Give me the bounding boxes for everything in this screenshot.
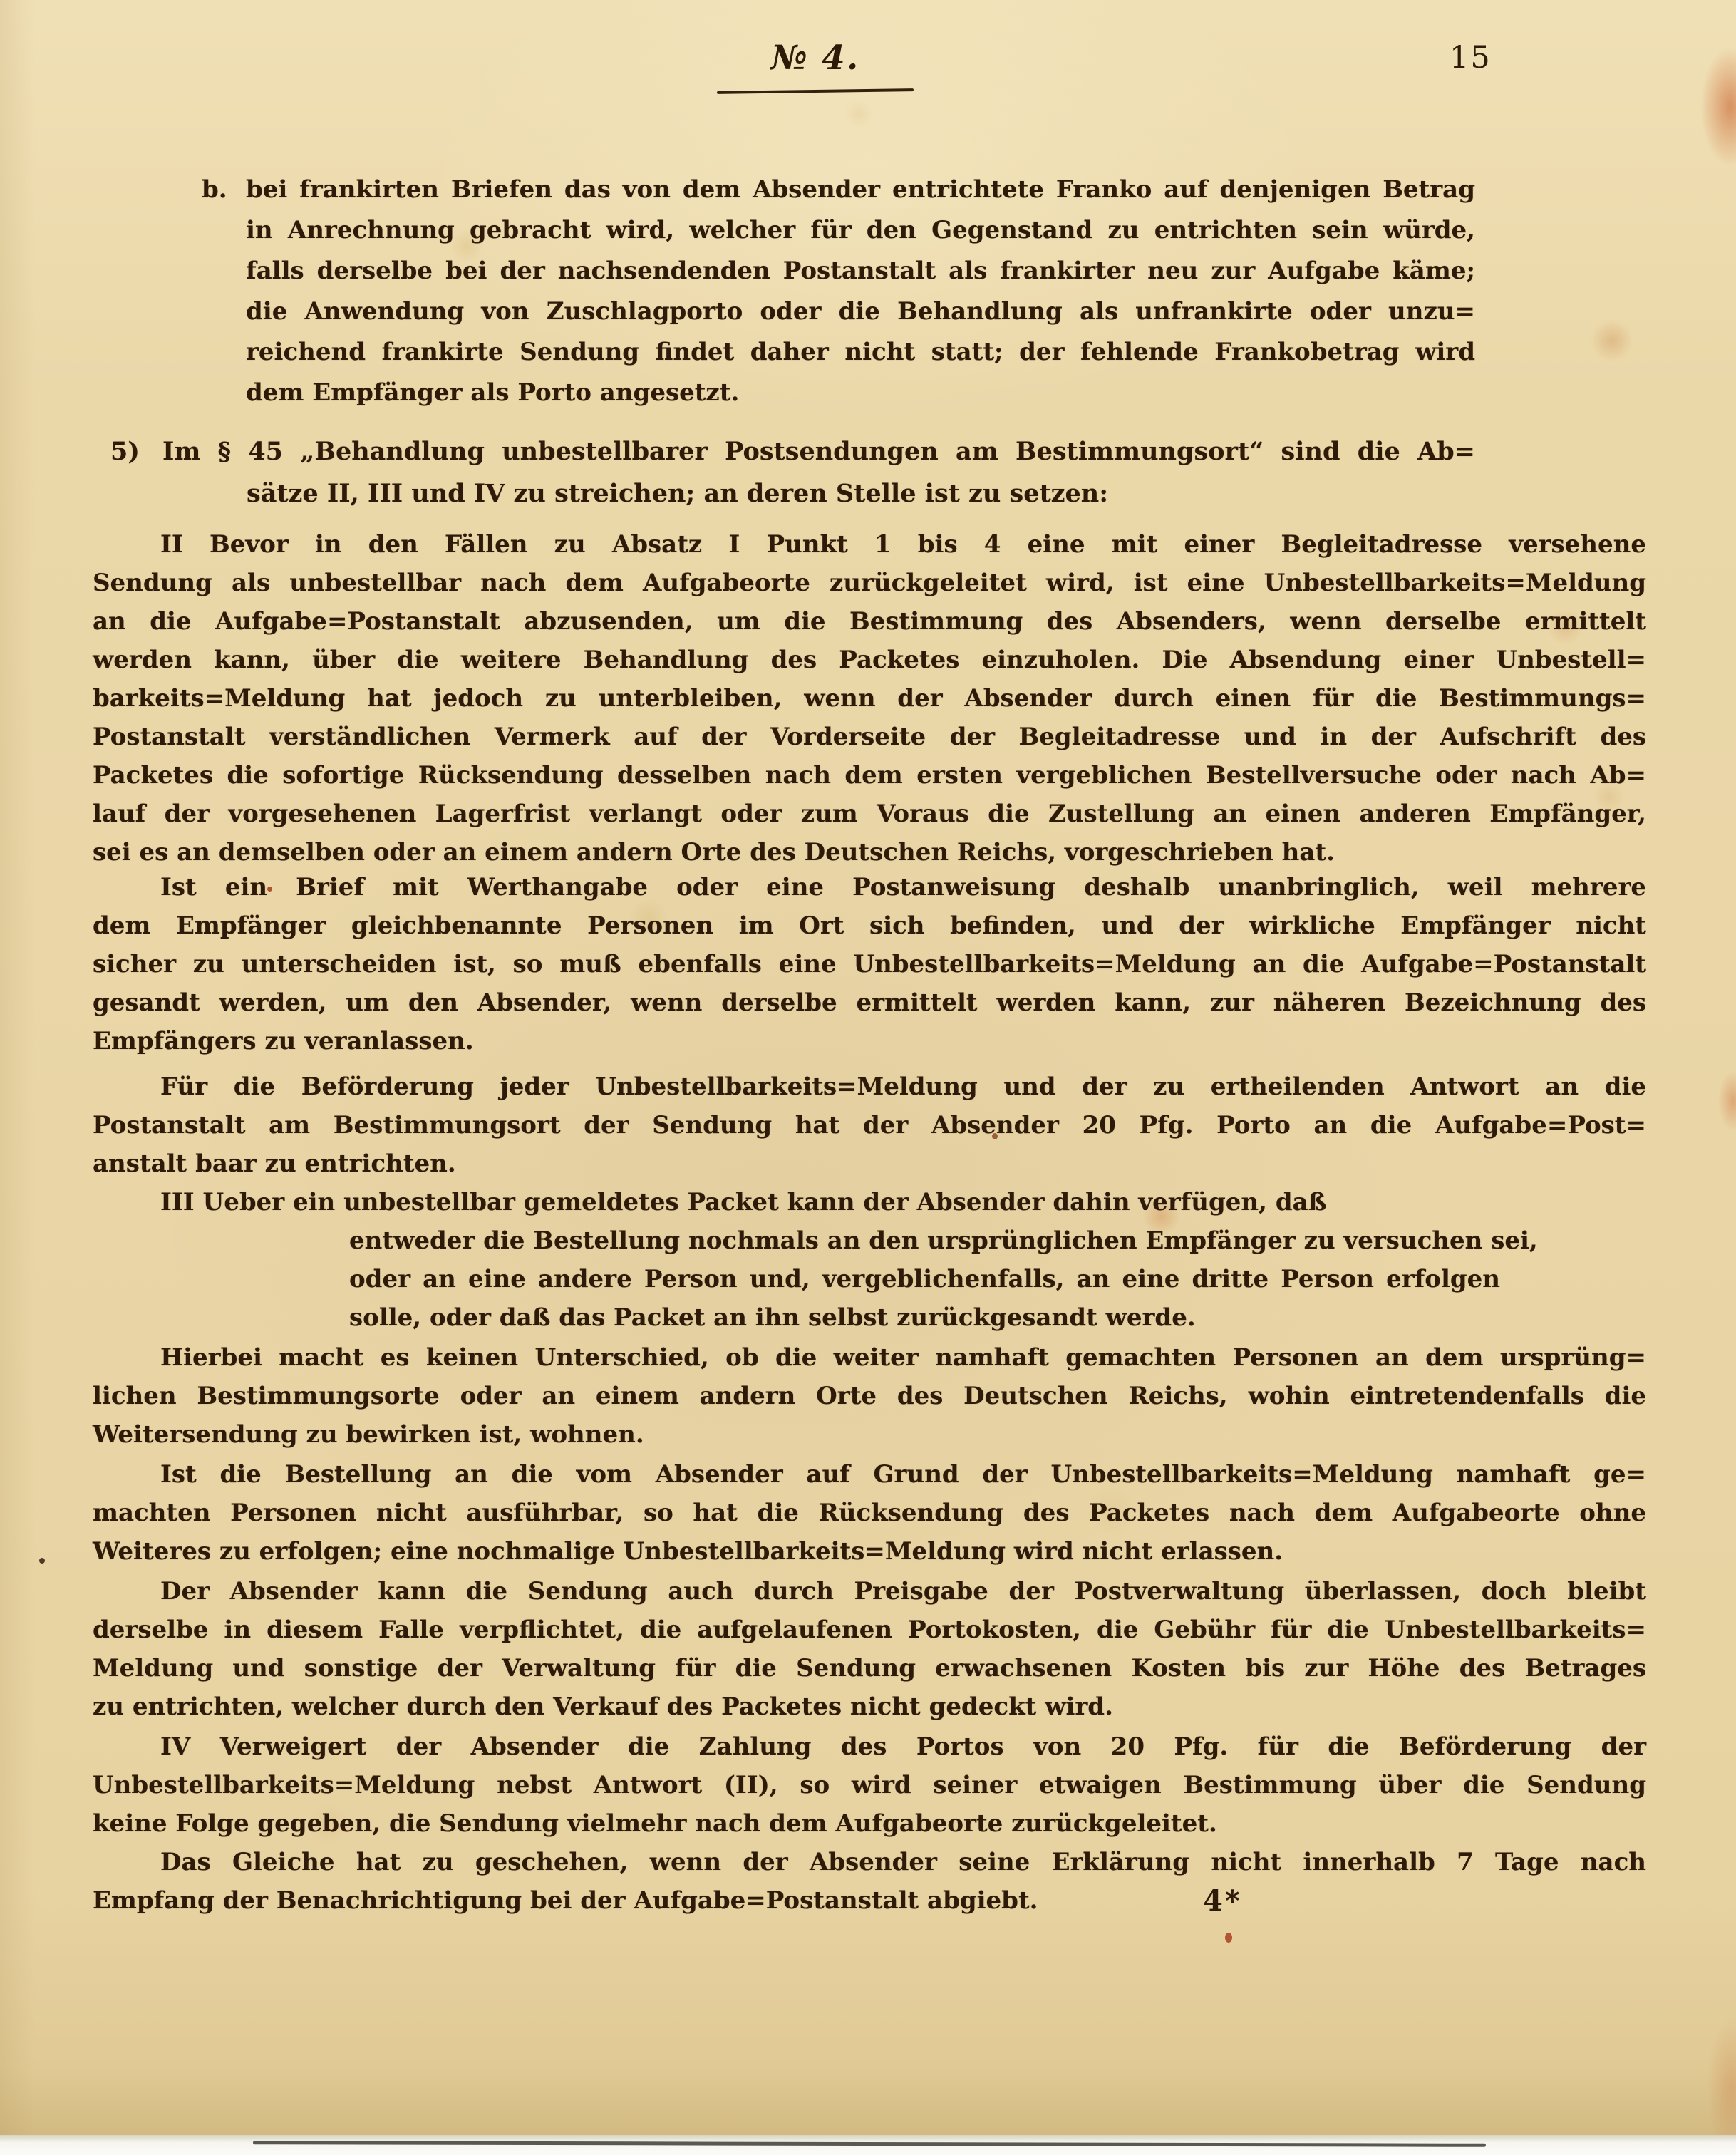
paragraph-hierbei: Hierbei macht es keinen Unterschied, ob … <box>93 1338 1646 1454</box>
list-item-b: b.bei frankirten Briefen das von dem Abs… <box>202 170 1475 413</box>
paragraph-iv-verweigerung: IV Verweigert der Absender die Zahlung d… <box>93 1727 1646 1843</box>
text-line: III Ueber ein unbestellbar gemeldetes Pa… <box>93 1183 1646 1221</box>
text-line: Weiteres zu erfolgen; eine nochmalige Un… <box>93 1532 1646 1571</box>
text-line: Der Absender kann die Sendung auch durch… <box>93 1572 1646 1611</box>
text-line: Meldung und sonstige der Verwaltung für … <box>93 1649 1646 1688</box>
text-line: Für die Beförderung jeder Unbestellbarke… <box>93 1068 1646 1106</box>
text-line: Im § 45 „Behandlung unbestellbarer Posts… <box>162 430 1475 472</box>
paragraph-befoerderung-porto: Für die Beförderung jeder Unbestellbarke… <box>93 1068 1646 1183</box>
text-line: Ist die Bestellung an die vom Absender a… <box>93 1455 1646 1494</box>
text-line: an die Aufgabe=Postanstalt abzusenden, u… <box>93 602 1646 641</box>
text-line: in Anrechnung gebracht wird, welcher für… <box>246 210 1475 251</box>
text-line: bei frankirten Briefen das von dem Absen… <box>246 170 1475 210</box>
text-line: sätze II, III und IV zu streichen; an de… <box>162 472 1475 515</box>
text-line: Ist ein Brief mit Werthangabe oder eine … <box>93 868 1646 906</box>
list-item-5: 5)Im § 45 „Behandlung unbestellbarer Pos… <box>110 430 1475 515</box>
red-fleck <box>1225 1933 1232 1943</box>
paragraph-preisgabe: Der Absender kann die Sendung auch durch… <box>93 1572 1646 1726</box>
page-number: 15 <box>1450 40 1492 76</box>
text-line: keine Folge gegeben, die Sendung vielmeh… <box>93 1804 1646 1843</box>
red-fleck-small <box>267 887 272 892</box>
ink-fleck <box>992 1133 998 1139</box>
text-line: Empfang der Benachrichtigung bei der Auf… <box>93 1881 1646 1920</box>
paragraph-das-gleiche: Das Gleiche hat zu geschehen, wenn der A… <box>93 1843 1646 1920</box>
text-line: IV Verweigert der Absender die Zahlung d… <box>93 1727 1646 1766</box>
text-line: entweder die Bestellung nochmals an den … <box>349 1221 1500 1260</box>
text-line: Hierbei macht es keinen Unterschied, ob … <box>93 1338 1646 1377</box>
document-page: № 4. 15 b.bei frankirten Briefen das von… <box>0 0 1736 2155</box>
text-line: reichend frankirte Sendung findet daher … <box>246 332 1475 373</box>
text-line: Weitersendung zu bewirken ist, wohnen. <box>93 1415 1646 1454</box>
heading-underline <box>717 88 914 94</box>
text-line: machten Personen nicht ausführbar, so ha… <box>93 1494 1646 1532</box>
text-line: falls derselbe bei der nachsendenden Pos… <box>246 251 1475 291</box>
text-line: werden kann, über die weitere Behandlung… <box>93 641 1646 679</box>
text-line: barkeits=Meldung hat jedoch zu unterblei… <box>93 679 1646 718</box>
issue-number-heading: № 4. <box>718 38 912 78</box>
text-line: lauf der vorgesehenen Lagerfrist verlang… <box>93 795 1646 833</box>
paragraph-brief-werthangabe: Ist ein Brief mit Werthangabe oder eine … <box>93 868 1646 1060</box>
text-line: die Anwendung von Zuschlagporto oder die… <box>246 291 1475 332</box>
text-line: Postanstalt verständlichen Vermerk auf d… <box>93 718 1646 756</box>
numero-sign: № 4. <box>771 38 860 78</box>
text-line: II Bevor in den Fällen zu Absatz I Punkt… <box>93 525 1646 564</box>
signature-mark: 4* <box>1203 1884 1242 1918</box>
text-line: sicher zu unterscheiden ist, so muß eben… <box>93 945 1646 983</box>
text-line: Unbestellbarkeits=Meldung nebst Antwort … <box>93 1766 1646 1804</box>
text-line: Packetes die sofortige Rücksendung desse… <box>93 756 1646 795</box>
text-line: Das Gleiche hat zu geschehen, wenn der A… <box>93 1843 1646 1881</box>
text-line: zu entrichten, welcher durch den Verkauf… <box>93 1688 1646 1726</box>
paragraph-ist-bestellung: Ist die Bestellung an die vom Absender a… <box>93 1455 1646 1571</box>
text-line: Empfängers zu veranlassen. <box>93 1022 1646 1060</box>
list-item-5-label: 5) <box>110 430 140 472</box>
text-line: solle, oder daß das Packet an ihn selbst… <box>349 1298 1500 1337</box>
text-line: derselbe in diesem Falle verpflichtet, d… <box>93 1611 1646 1649</box>
text-line: gesandt werden, um den Absender, wenn de… <box>93 983 1646 1022</box>
paragraph-iii-verfuegung: III Ueber ein unbestellbar gemeldetes Pa… <box>93 1183 1646 1337</box>
text-line: Postanstalt am Bestimmungsort der Sendun… <box>93 1106 1646 1144</box>
text-line: dem Empfänger als Porto angesetzt. <box>246 373 1475 413</box>
text-line: oder an eine andere Person und, vergebli… <box>349 1260 1500 1298</box>
paragraph-ii-unbestellbarkeits-meldung: II Bevor in den Fällen zu Absatz I Punkt… <box>93 525 1646 872</box>
text-line: Sendung als unbestellbar nach dem Aufgab… <box>93 564 1646 602</box>
text-line: sei es an demselben oder an einem andern… <box>93 833 1646 872</box>
text-line: anstalt baar zu entrichten. <box>93 1144 1646 1183</box>
stray-ink-dot <box>39 1558 45 1564</box>
text-line: lichen Bestimmungsorte oder an einem and… <box>93 1377 1646 1415</box>
text-line: dem Empfänger gleichbenannte Personen im… <box>93 906 1646 945</box>
list-item-b-label: b. <box>202 170 227 210</box>
